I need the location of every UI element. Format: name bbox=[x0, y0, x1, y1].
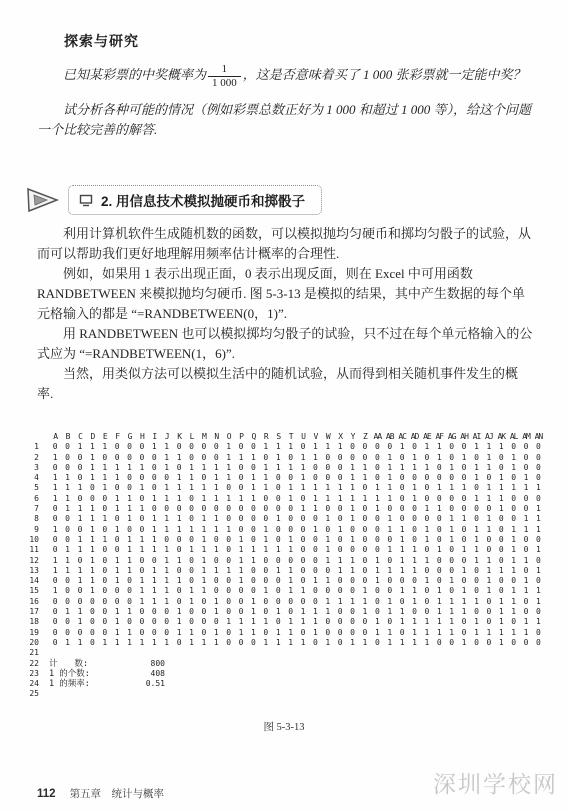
cell: 0 bbox=[260, 628, 272, 638]
cell: 1 bbox=[210, 607, 222, 617]
cell: 1 bbox=[260, 473, 272, 483]
cell: 0 bbox=[247, 514, 259, 524]
cell: 0 bbox=[458, 494, 470, 504]
cell: 1 bbox=[384, 494, 396, 504]
cell: 0 bbox=[123, 576, 135, 586]
cell: 1 bbox=[520, 473, 532, 483]
cell: 0 bbox=[334, 453, 346, 463]
cell: 1 bbox=[86, 504, 98, 514]
cell: 1 bbox=[408, 494, 420, 504]
cell: 1 bbox=[260, 463, 272, 473]
cell: 0 bbox=[297, 535, 309, 545]
cell: 0 bbox=[61, 628, 73, 638]
cell: 1 bbox=[520, 617, 532, 627]
cell: 1 bbox=[359, 638, 371, 648]
cell: 1 bbox=[161, 463, 173, 473]
cell: 0 bbox=[136, 453, 148, 463]
cell: 1 bbox=[495, 597, 507, 607]
table-row: 3000111110101111001111000110111101011010… bbox=[25, 463, 547, 473]
cell: 1 bbox=[507, 628, 519, 638]
cell: 1 bbox=[483, 586, 495, 596]
cell: 1 bbox=[408, 628, 420, 638]
cell: 0 bbox=[495, 576, 507, 586]
cell: 0 bbox=[507, 442, 519, 452]
cell: 1 bbox=[384, 545, 396, 555]
cell: 0 bbox=[111, 483, 123, 493]
cell: 0 bbox=[532, 628, 544, 638]
column-header: F bbox=[111, 432, 123, 442]
cell: 0 bbox=[334, 638, 346, 648]
cell: 1 bbox=[446, 576, 458, 586]
cell: 0 bbox=[532, 453, 544, 463]
cell: 0 bbox=[359, 535, 371, 545]
cell: 1 bbox=[322, 545, 334, 555]
column-header: O bbox=[222, 432, 234, 442]
cell: 0 bbox=[495, 453, 507, 463]
cell: 0 bbox=[446, 494, 458, 504]
cell: 0 bbox=[322, 586, 334, 596]
cell: 1 bbox=[235, 494, 247, 504]
cell: 1 bbox=[396, 617, 408, 627]
cell: 1 bbox=[74, 617, 86, 627]
cell: 1 bbox=[284, 494, 296, 504]
cell: 1 bbox=[483, 463, 495, 473]
cell: 1 bbox=[470, 597, 482, 607]
cell: 0 bbox=[396, 483, 408, 493]
cell: 1 bbox=[210, 514, 222, 524]
cell: 1 bbox=[322, 442, 334, 452]
cell: 1 bbox=[371, 556, 383, 566]
cell: 0 bbox=[346, 545, 358, 555]
cell: 0 bbox=[74, 597, 86, 607]
cell: 0 bbox=[421, 586, 433, 596]
table-row: 1600000001110101001000001111010101111011… bbox=[25, 597, 547, 607]
cell: 1 bbox=[49, 453, 61, 463]
cell: 0 bbox=[136, 473, 148, 483]
paragraph-text: 已知某彩票的中奖概率为 bbox=[63, 67, 206, 82]
cell: 0 bbox=[309, 463, 321, 473]
cell: 1 bbox=[458, 545, 470, 555]
cell: 1 bbox=[260, 535, 272, 545]
cell: 0 bbox=[421, 494, 433, 504]
cell: 0 bbox=[99, 525, 111, 535]
cell: 1 bbox=[334, 442, 346, 452]
cell: 1 bbox=[458, 566, 470, 576]
chapter-title: 第五章 统计与概率 bbox=[70, 789, 165, 800]
cell: 1 bbox=[334, 525, 346, 535]
cell: 0 bbox=[334, 514, 346, 524]
cell: 1 bbox=[198, 566, 210, 576]
cell: 1 bbox=[136, 463, 148, 473]
cell: 1 bbox=[74, 545, 86, 555]
cell: 1 bbox=[421, 556, 433, 566]
cell: 1 bbox=[61, 473, 73, 483]
section-banner: 2. 用信息技术模拟抛硬币和掷骰子 bbox=[26, 185, 322, 215]
cell: 1 bbox=[322, 535, 334, 545]
cell: 1 bbox=[396, 566, 408, 576]
cell: 0 bbox=[396, 576, 408, 586]
cell: 0 bbox=[61, 576, 73, 586]
cell: 1 bbox=[371, 617, 383, 627]
table-row: 1101110011110111011111001000011101011001… bbox=[25, 545, 547, 555]
cell: 0 bbox=[173, 535, 185, 545]
cell: 1 bbox=[458, 514, 470, 524]
cell: 0 bbox=[111, 514, 123, 524]
cell: 1 bbox=[198, 514, 210, 524]
cell: 0 bbox=[148, 453, 160, 463]
cell: 1 bbox=[297, 607, 309, 617]
computer-icon bbox=[79, 194, 94, 207]
cell: 0 bbox=[309, 514, 321, 524]
cell: 0 bbox=[483, 504, 495, 514]
cell: 1 bbox=[173, 473, 185, 483]
cell: 0 bbox=[235, 473, 247, 483]
cell: 1 bbox=[421, 628, 433, 638]
cell: 0 bbox=[507, 494, 519, 504]
cell: 0 bbox=[495, 535, 507, 545]
cell: 0 bbox=[260, 453, 272, 463]
cell: 1 bbox=[49, 483, 61, 493]
cell: 1 bbox=[99, 483, 111, 493]
cell: 1 bbox=[235, 576, 247, 586]
cell: 0 bbox=[520, 638, 532, 648]
cell: 0 bbox=[446, 556, 458, 566]
row-number: 4 bbox=[25, 473, 39, 483]
cell: 0 bbox=[49, 545, 61, 555]
cell: 0 bbox=[111, 545, 123, 555]
cell: 0 bbox=[359, 556, 371, 566]
cell: 0 bbox=[185, 514, 197, 524]
cell: 0 bbox=[408, 535, 420, 545]
row-number: 7 bbox=[25, 504, 39, 514]
cell: 1 bbox=[433, 628, 445, 638]
cell: 1 bbox=[185, 483, 197, 493]
cell: 0 bbox=[272, 597, 284, 607]
cell: 1 bbox=[111, 504, 123, 514]
cell: 1 bbox=[371, 576, 383, 586]
cell: 0 bbox=[173, 586, 185, 596]
cell: 0 bbox=[322, 473, 334, 483]
cell: 1 bbox=[309, 525, 321, 535]
summary-value: 800 bbox=[137, 659, 165, 669]
cell: 0 bbox=[371, 525, 383, 535]
cell: 1 bbox=[272, 638, 284, 648]
table-row: 7011101110000000000001100101000110000100… bbox=[25, 504, 547, 514]
cell: 1 bbox=[136, 535, 148, 545]
cell: 1 bbox=[86, 525, 98, 535]
cell: 0 bbox=[185, 535, 197, 545]
cell: 1 bbox=[408, 617, 420, 627]
cell: 1 bbox=[309, 617, 321, 627]
cell: 1 bbox=[322, 483, 334, 493]
cell: 1 bbox=[458, 597, 470, 607]
cell: 1 bbox=[371, 483, 383, 493]
cell: 1 bbox=[520, 576, 532, 586]
cell: 1 bbox=[247, 617, 259, 627]
cell: 0 bbox=[520, 607, 532, 617]
cell: 1 bbox=[235, 628, 247, 638]
column-header: AA bbox=[371, 432, 383, 442]
cell: 0 bbox=[222, 535, 234, 545]
cell: 0 bbox=[247, 442, 259, 452]
column-header: B bbox=[61, 432, 73, 442]
cell: 0 bbox=[532, 494, 544, 504]
table-row: 1900000110001101011011010000110111101111… bbox=[25, 628, 547, 638]
cell: 0 bbox=[346, 607, 358, 617]
cell: 1 bbox=[433, 617, 445, 627]
cell: 1 bbox=[507, 453, 519, 463]
cell: 0 bbox=[173, 566, 185, 576]
cell: 1 bbox=[520, 514, 532, 524]
cell: 1 bbox=[235, 556, 247, 566]
cell: 1 bbox=[198, 638, 210, 648]
column-header: T bbox=[284, 432, 296, 442]
cell: 0 bbox=[483, 617, 495, 627]
cell: 1 bbox=[210, 494, 222, 504]
cell: 0 bbox=[346, 628, 358, 638]
cell: 1 bbox=[148, 586, 160, 596]
cell: 1 bbox=[272, 453, 284, 463]
cell: 0 bbox=[483, 597, 495, 607]
row-number: 14 bbox=[25, 576, 39, 586]
cell: 0 bbox=[507, 576, 519, 586]
cell: 1 bbox=[371, 494, 383, 504]
cell: 0 bbox=[86, 628, 98, 638]
cell: 1 bbox=[74, 535, 86, 545]
cell: 1 bbox=[161, 586, 173, 596]
cell: 0 bbox=[272, 586, 284, 596]
explore-heading: 探索与研究 bbox=[64, 31, 139, 51]
cell: 0 bbox=[185, 576, 197, 586]
cell: 1 bbox=[346, 556, 358, 566]
cell: 0 bbox=[297, 576, 309, 586]
cell: 1 bbox=[111, 473, 123, 483]
cell: 0 bbox=[198, 607, 210, 617]
cell: 1 bbox=[520, 525, 532, 535]
cell: 1 bbox=[260, 545, 272, 555]
cell: 1 bbox=[470, 525, 482, 535]
cell: 0 bbox=[260, 597, 272, 607]
cell: 1 bbox=[111, 494, 123, 504]
cell: 1 bbox=[61, 483, 73, 493]
cell: 1 bbox=[446, 525, 458, 535]
cell: 1 bbox=[123, 628, 135, 638]
cell: 1 bbox=[198, 494, 210, 504]
cell: 0 bbox=[470, 504, 482, 514]
cell: 1 bbox=[470, 556, 482, 566]
cell: 0 bbox=[86, 617, 98, 627]
cell: 1 bbox=[86, 473, 98, 483]
cell: 0 bbox=[111, 535, 123, 545]
cell: 0 bbox=[61, 617, 73, 627]
cell: 1 bbox=[210, 628, 222, 638]
cell: 1 bbox=[198, 556, 210, 566]
row-number: 5 bbox=[25, 483, 39, 493]
cell: 1 bbox=[123, 514, 135, 524]
cell: 1 bbox=[260, 442, 272, 452]
row-number: 18 bbox=[25, 617, 39, 627]
row-number: 21 bbox=[25, 648, 39, 658]
cell: 1 bbox=[210, 463, 222, 473]
cell: 0 bbox=[148, 556, 160, 566]
row-number: 25 bbox=[25, 689, 39, 699]
cell: 0 bbox=[495, 514, 507, 524]
cell: 0 bbox=[371, 545, 383, 555]
cell: 0 bbox=[74, 525, 86, 535]
cell: 0 bbox=[433, 514, 445, 524]
cell: 1 bbox=[483, 442, 495, 452]
cell: 1 bbox=[136, 597, 148, 607]
cell: 1 bbox=[173, 494, 185, 504]
cell: 0 bbox=[260, 494, 272, 504]
column-header: S bbox=[272, 432, 284, 442]
fraction: 11 000 bbox=[208, 63, 241, 90]
cell: 0 bbox=[99, 504, 111, 514]
cell: 1 bbox=[470, 494, 482, 504]
cell: 1 bbox=[161, 597, 173, 607]
cell: 1 bbox=[322, 597, 334, 607]
cell: 1 bbox=[210, 473, 222, 483]
cell: 0 bbox=[247, 463, 259, 473]
cell: 0 bbox=[260, 566, 272, 576]
cell: 0 bbox=[148, 504, 160, 514]
cell: 0 bbox=[346, 576, 358, 586]
cell: 0 bbox=[371, 607, 383, 617]
cell: 1 bbox=[371, 628, 383, 638]
cell: 0 bbox=[49, 638, 61, 648]
cell: 1 bbox=[346, 597, 358, 607]
cell: 0 bbox=[210, 556, 222, 566]
cell: 1 bbox=[284, 483, 296, 493]
cell: 1 bbox=[408, 586, 420, 596]
cell: 1 bbox=[99, 535, 111, 545]
cell: 0 bbox=[483, 545, 495, 555]
cell: 1 bbox=[284, 566, 296, 576]
cell: 1 bbox=[483, 576, 495, 586]
summary-value: 0.51 bbox=[137, 679, 165, 689]
cell: 1 bbox=[408, 463, 420, 473]
cell: 1 bbox=[532, 566, 544, 576]
cell: 1 bbox=[61, 566, 73, 576]
cell: 1 bbox=[247, 473, 259, 483]
cell: 1 bbox=[198, 463, 210, 473]
cell: 1 bbox=[123, 504, 135, 514]
cell: 0 bbox=[396, 494, 408, 504]
row-number: 23 bbox=[25, 669, 39, 679]
cell: 1 bbox=[272, 442, 284, 452]
cell: 0 bbox=[334, 617, 346, 627]
cell: 0 bbox=[247, 566, 259, 576]
cell: 0 bbox=[185, 453, 197, 463]
cell: 1 bbox=[359, 463, 371, 473]
cell: 1 bbox=[309, 442, 321, 452]
cell: 0 bbox=[520, 566, 532, 576]
cell: 1 bbox=[272, 545, 284, 555]
cell: 0 bbox=[161, 617, 173, 627]
row-number: 8 bbox=[25, 514, 39, 524]
cell: 0 bbox=[520, 535, 532, 545]
cell: 1 bbox=[433, 586, 445, 596]
column-header: AM bbox=[520, 432, 532, 442]
cell: 1 bbox=[396, 586, 408, 596]
column-header: AN bbox=[532, 432, 544, 442]
column-header: AG bbox=[446, 432, 458, 442]
cell: 1 bbox=[346, 535, 358, 545]
column-header: U bbox=[297, 432, 309, 442]
cell: 0 bbox=[136, 566, 148, 576]
cell: 1 bbox=[161, 556, 173, 566]
cell: 1 bbox=[161, 514, 173, 524]
cell: 0 bbox=[247, 638, 259, 648]
cell: 0 bbox=[49, 576, 61, 586]
cell: 0 bbox=[384, 556, 396, 566]
row-number: 6 bbox=[25, 494, 39, 504]
cell: 0 bbox=[272, 556, 284, 566]
row-number: 19 bbox=[25, 628, 39, 638]
cell: 1 bbox=[458, 483, 470, 493]
cell: 1 bbox=[458, 607, 470, 617]
cell: 0 bbox=[185, 494, 197, 504]
cell: 1 bbox=[161, 494, 173, 504]
cell: 1 bbox=[309, 504, 321, 514]
cell: 1 bbox=[161, 453, 173, 463]
cell: 1 bbox=[61, 638, 73, 648]
cell: 0 bbox=[346, 617, 358, 627]
cell: 0 bbox=[86, 607, 98, 617]
cell: 0 bbox=[408, 514, 420, 524]
cell: 0 bbox=[384, 504, 396, 514]
cell: 0 bbox=[322, 628, 334, 638]
cell: 0 bbox=[49, 535, 61, 545]
cell: 1 bbox=[210, 545, 222, 555]
cell: 0 bbox=[446, 545, 458, 555]
cell: 0 bbox=[222, 638, 234, 648]
figure-caption: 图 5-3-13 bbox=[0, 719, 568, 734]
cell: 0 bbox=[458, 463, 470, 473]
cell: 0 bbox=[520, 545, 532, 555]
cell: 0 bbox=[532, 638, 544, 648]
cell: 1 bbox=[334, 556, 346, 566]
cell: 0 bbox=[272, 535, 284, 545]
cell: 1 bbox=[99, 473, 111, 483]
table-row: 1510010001110110000101100001001101010101… bbox=[25, 586, 547, 596]
cell: 0 bbox=[458, 556, 470, 566]
cell: 1 bbox=[433, 453, 445, 463]
cell: 0 bbox=[284, 514, 296, 524]
cell: 0 bbox=[74, 473, 86, 483]
cell: 1 bbox=[185, 473, 197, 483]
cell: 1 bbox=[284, 463, 296, 473]
cell: 1 bbox=[74, 514, 86, 524]
cell: 1 bbox=[148, 514, 160, 524]
cell: 0 bbox=[309, 597, 321, 607]
cell: 0 bbox=[433, 494, 445, 504]
cell: 1 bbox=[421, 638, 433, 648]
cell: 1 bbox=[396, 545, 408, 555]
cell: 1 bbox=[136, 576, 148, 586]
cell: 0 bbox=[458, 525, 470, 535]
cell: 0 bbox=[173, 442, 185, 452]
cell: 0 bbox=[334, 586, 346, 596]
cell: 1 bbox=[396, 638, 408, 648]
cell: 0 bbox=[495, 545, 507, 555]
cell: 1 bbox=[408, 453, 420, 463]
cell: 0 bbox=[446, 442, 458, 452]
cell: 0 bbox=[507, 638, 519, 648]
cell: 1 bbox=[359, 473, 371, 483]
cell: 0 bbox=[408, 576, 420, 586]
cell: 0 bbox=[446, 473, 458, 483]
